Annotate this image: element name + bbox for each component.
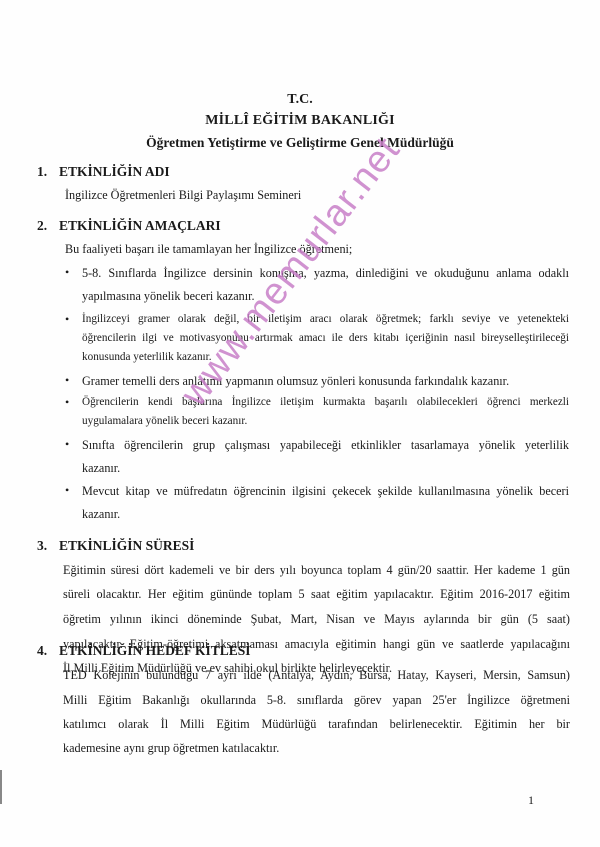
section-heading: ETKİNLİĞİN HEDEF KİTLESİ [59,643,251,658]
duration-line-1: Eğitimin süresi dört kademeli ve bir der… [63,563,570,578]
bullet-icon: • [65,437,69,452]
section-1-title: 1.ETKİNLİĞİN ADI [37,164,170,180]
audience-line-4: kademesine aynı grup öğretmen katılacakt… [63,741,279,756]
section-heading: ETKİNLİĞİN SÜRESİ [59,538,194,553]
objective-3-line-1: Gramer temelli ders anlatımı yapmanın ol… [82,374,509,389]
objective-1-line-2: yapılmasına yönelik beceri kazanır. [82,289,255,304]
objective-4-line-2: uygulamalara yönelik beceri kazanır. [82,415,247,427]
bullet-icon: • [65,395,69,410]
duration-line-3: öğretim yılının ikinci döneminde Şubat, … [63,612,570,627]
objective-6-line-2: kazanır. [82,507,120,522]
section-heading: ETKİNLİĞİN ADI [59,164,170,179]
objective-2-line-3: konusunda yeterlilik kazanır. [82,351,212,363]
section-number: 4. [37,643,59,659]
objective-4-line-1: Öğrencilerin kendi başlarına İngilizce i… [82,396,569,408]
objectives-intro: Bu faaliyeti başarı ile tamamlayan her İ… [65,242,352,257]
objective-2-line-2: öğrencilerin ilgi ve motivasyonunu artır… [82,332,569,344]
header-country: T.C. [0,92,600,108]
section-heading: ETKİNLİĞİN AMAÇLARI [59,218,221,233]
audience-line-3: katılımcı olarak İl Milli Eğitim Müdürlü… [63,717,570,732]
section-4-title: 4.ETKİNLİĞİN HEDEF KİTLESİ [37,643,251,659]
activity-name: İngilizce Öğretmenleri Bilgi Paylaşımı S… [65,188,301,203]
bullet-icon: • [65,265,69,280]
audience-line-1: TED Kolejinin bulunduğu 7 ayrı ilde (Ant… [63,668,570,683]
scan-edge-mark [0,770,2,804]
audience-line-2: Milli Eğitim Bakanlığı okullarında 5-8. … [63,693,570,708]
section-number: 1. [37,164,59,180]
document-page: T.C. MİLLÎ EĞİTİM BAKANLIĞI Öğretmen Yet… [0,0,600,847]
duration-line-2: süreli olacaktır. Her eğitim gününde top… [63,587,570,602]
header-directorate: Öğretmen Yetiştirme ve Geliştirme Genel … [0,135,600,151]
section-number: 2. [37,218,59,234]
header-ministry: MİLLÎ EĞİTİM BAKANLIĞI [0,113,600,129]
section-3-title: 3.ETKİNLİĞİN SÜRESİ [37,538,194,554]
objective-5-line-1: Sınıfta öğrencilerin grup çalışması yapa… [82,438,569,453]
objective-2-line-1: İngilizceyi gramer olarak değil, bir ile… [82,313,569,325]
section-number: 3. [37,538,59,554]
objective-1-line-1: 5-8. Sınıflarda İngilizce dersinin konuş… [82,266,569,281]
section-2-title: 2.ETKİNLİĞİN AMAÇLARI [37,218,221,234]
objective-5-line-2: kazanır. [82,461,120,476]
bullet-icon: • [65,373,69,388]
bullet-icon: • [65,312,69,327]
objective-6-line-1: Mevcut kitap ve müfredatın öğrencinin il… [82,484,569,499]
bullet-icon: • [65,483,69,498]
page-number: 1 [528,793,534,808]
